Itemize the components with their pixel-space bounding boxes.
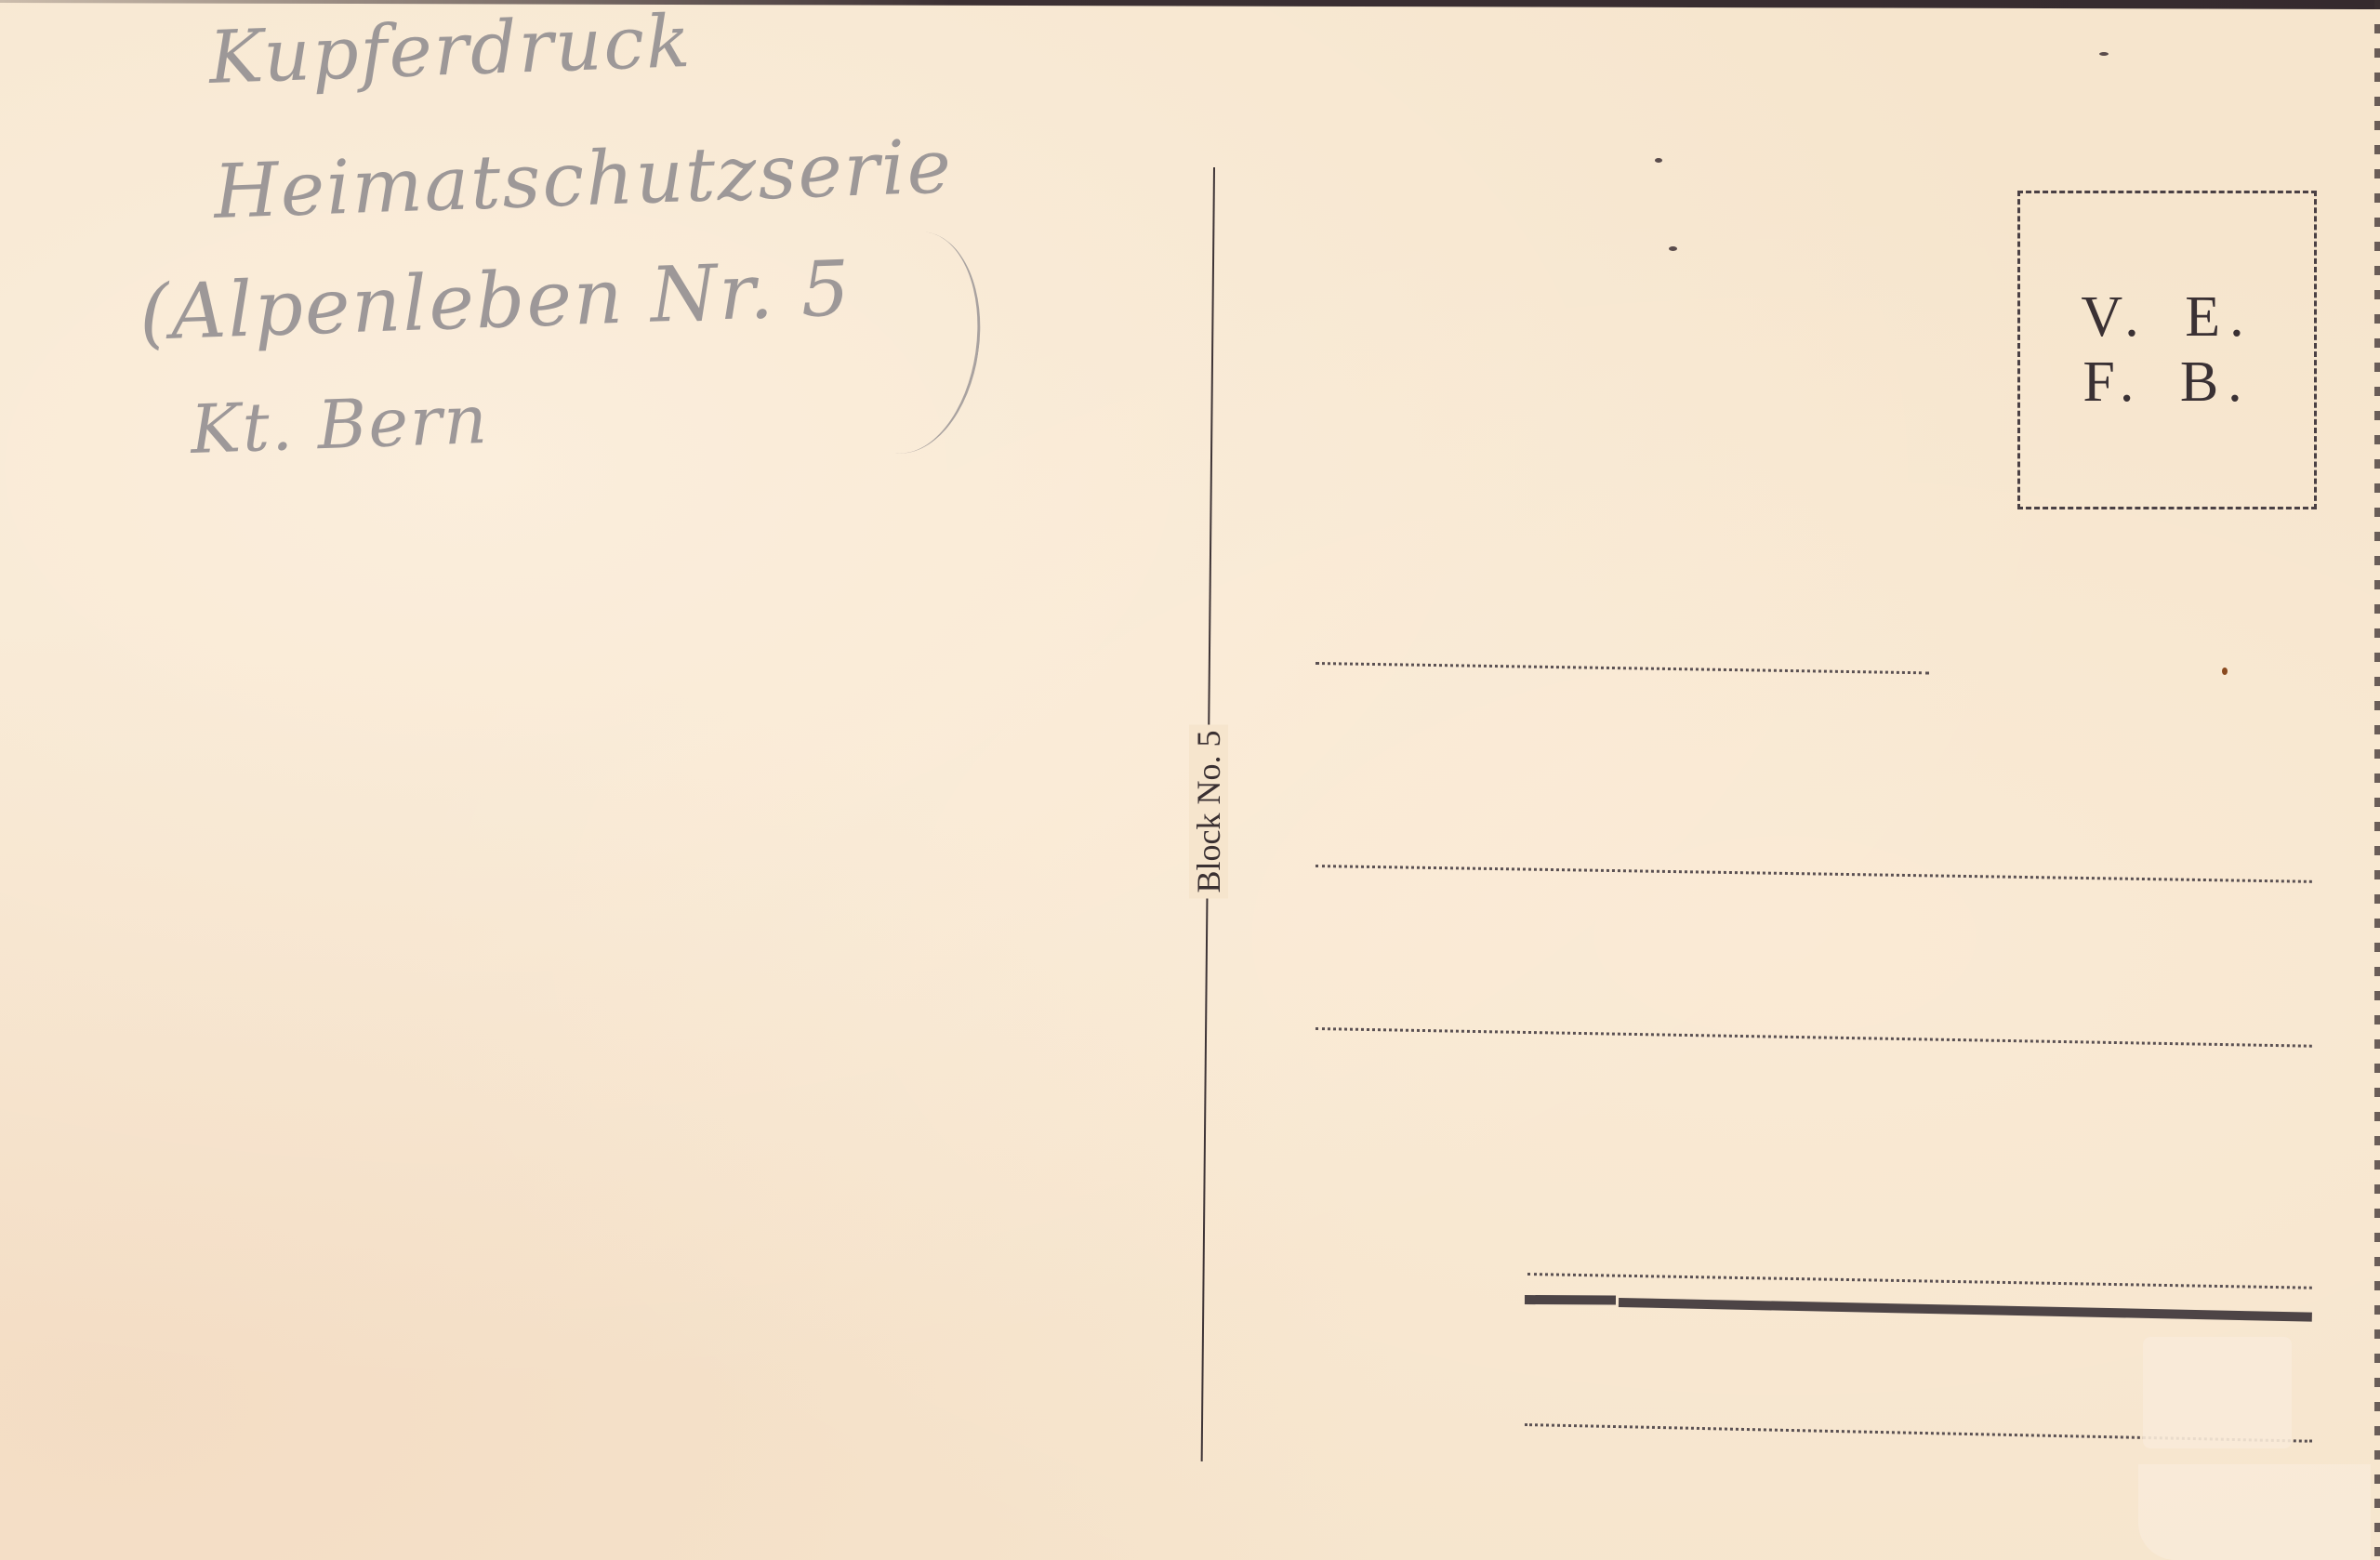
address-line-3 (1316, 1027, 2312, 1048)
postcard-back: Kupferdruck Heimatschutzserie (Alpenlebe… (0, 0, 2380, 1560)
ink-speck (2099, 52, 2109, 56)
ink-speck (1655, 158, 1662, 163)
stamp-box-line-2: F. B. (2082, 350, 2251, 415)
light-scan-patch-lower (2138, 1464, 2371, 1560)
destination-underline-segment-1 (1525, 1295, 1616, 1305)
light-scan-patch (2143, 1337, 2292, 1448)
handwritten-note-line-1: Kupferdruck (207, 0, 693, 100)
ink-speck (1669, 246, 1677, 251)
handwritten-note-line-3: (Alpenleben Nr. 5 (138, 245, 853, 358)
address-line-2 (1316, 865, 2312, 883)
stamp-box-line-1: V. E. (2081, 285, 2253, 350)
right-edge-perforation (2374, 0, 2380, 1560)
handwritten-closing-bracket (850, 226, 994, 463)
rust-speck (2222, 668, 2228, 675)
handwritten-note-line-4: Kt. Bern (190, 380, 491, 469)
stamp-box: V. E. F. B. (2017, 191, 2317, 509)
destination-underline-segment-2 (1619, 1298, 2312, 1322)
address-line-1 (1316, 662, 1929, 674)
address-line-4 (1527, 1273, 2312, 1289)
handwritten-note-line-2: Heimatschutzserie (212, 123, 954, 235)
divider-label: Block No. 5 (1189, 725, 1228, 899)
top-edge-shadow (0, 0, 2380, 9)
